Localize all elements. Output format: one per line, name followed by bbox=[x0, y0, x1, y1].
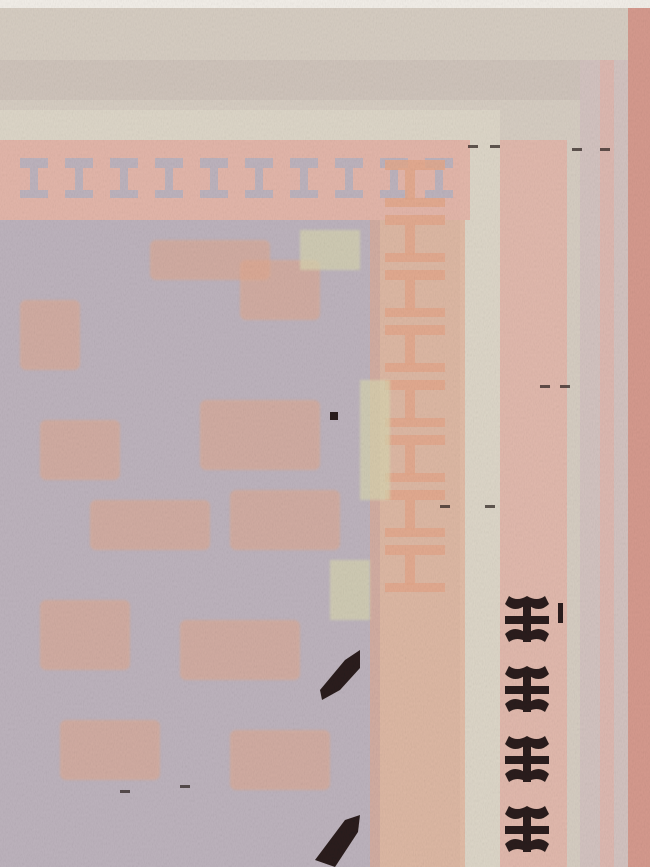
rug-photo bbox=[0, 0, 650, 867]
rug-illustration bbox=[0, 0, 650, 867]
